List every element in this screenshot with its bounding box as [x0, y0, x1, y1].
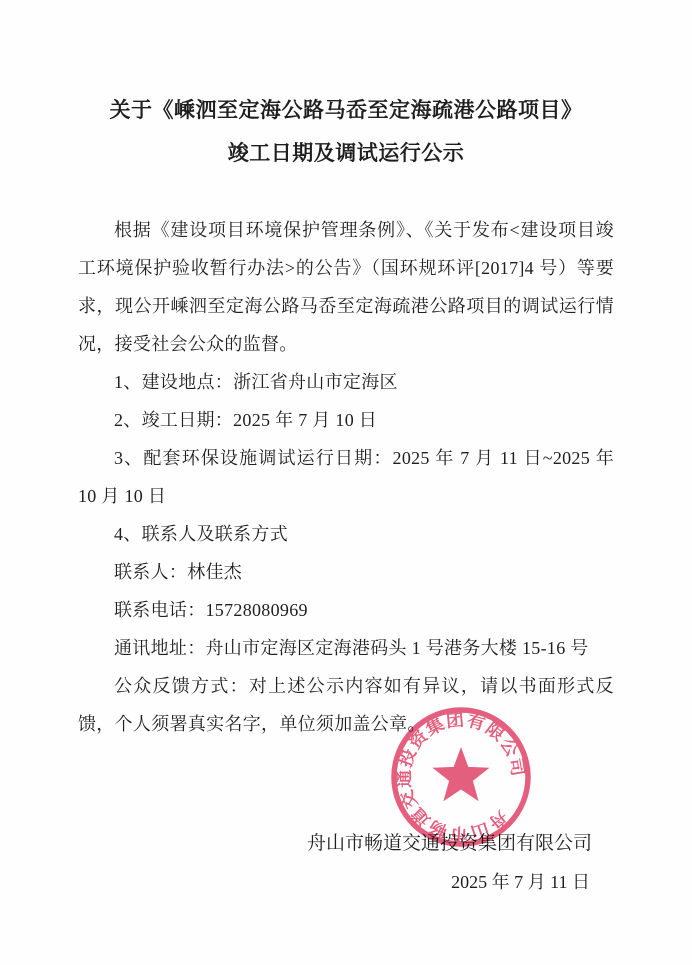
seal-star-icon	[433, 747, 490, 801]
intro-paragraph: 根据《建设项目环境保护管理条例》、《关于发布<建设项目竣工环境保护验收暂行办法>…	[78, 211, 614, 363]
document-title: 关于《嵊泗至定海公路马岙至定海疏港公路项目》 竣工日期及调试运行公示	[78, 89, 614, 175]
document-body: 根据《建设项目环境保护管理条例》、《关于发布<建设项目竣工环境保护验收暂行办法>…	[78, 211, 614, 743]
document-content: 关于《嵊泗至定海公路马岙至定海疏港公路项目》 竣工日期及调试运行公示 根据《建设…	[78, 89, 614, 743]
contact-person: 联系人：林佳杰	[78, 553, 614, 591]
title-line-1: 关于《嵊泗至定海公路马岙至定海疏港公路项目》	[78, 89, 614, 132]
item-completion-date: 2、竣工日期：2025 年 7 月 10 日	[78, 401, 614, 439]
signature-company-name: 舟山市畅道交通投资集团有限公司	[0, 830, 592, 858]
title-line-2: 竣工日期及调试运行公示	[78, 132, 614, 175]
item-contact-heading: 4、联系人及联系方式	[78, 515, 614, 553]
document-page: 关于《嵊泗至定海公路马岙至定海疏港公路项目》 竣工日期及调试运行公示 根据《建设…	[0, 0, 692, 965]
feedback-paragraph: 公众反馈方式：对上述公示内容如有异议，请以书面形式反馈，个人须署真实名字，单位须…	[78, 667, 614, 743]
item-trial-operation-period: 3、配套环保设施调试运行日期：2025 年 7 月 11 日~2025 年 10…	[78, 439, 614, 515]
contact-phone: 联系电话：15728080969	[78, 591, 614, 629]
item-construction-location: 1、建设地点：浙江省舟山市定海区	[78, 363, 614, 401]
signature-date: 2025 年 7 月 11 日	[0, 868, 590, 896]
contact-address: 通讯地址：舟山市定海区定海港码头 1 号港务大楼 15-16 号	[78, 629, 614, 667]
